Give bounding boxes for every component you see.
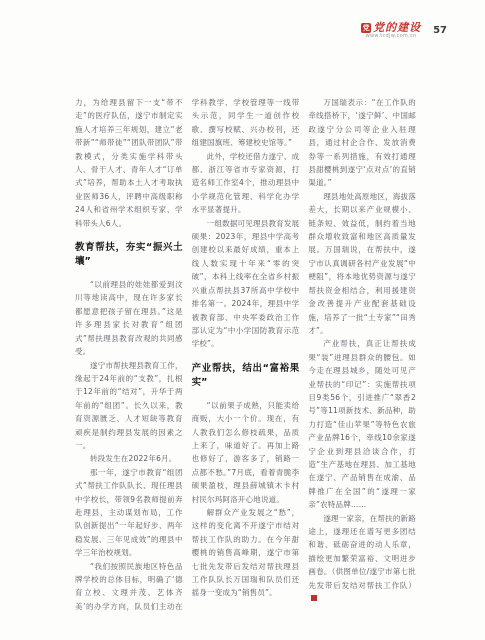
body-paragraph: 万国瑞表示：“在工作队的牵线搭桥下，‘遂宁鲜’、中国邮政遂宁分公司等企业入驻理县… xyxy=(308,96,416,190)
logo-seal-icon: 党 xyxy=(361,23,371,33)
body-paragraph: 此外，学校还借力遂宁、成都、浙江等省市专家资源，打造名师工作室4个，推动理县中小… xyxy=(192,150,300,217)
body-paragraph: 理县地处高原地区，海拔落差大，长期以来产业规模小、链条短、效益低，制约着当地群众… xyxy=(308,190,416,337)
body-paragraph: 一组数据可见理县教育发展硕果：2023年，理县中学高考创建校以来最好成绩，重本上… xyxy=(192,217,300,351)
logo-url: www.tcdjw.com.cn xyxy=(366,34,417,39)
body-paragraph: 产业帮扶，真正让帮扶成果“装”进理县群众的腰包。如今走在理县城乡，随处可见产业帮… xyxy=(308,337,416,511)
end-mark-icon xyxy=(311,595,317,601)
section-heading: 产业帮扶，结出“富裕果实” xyxy=(192,362,300,390)
body-paragraph: “以前理县的娃娃都爱到汶川等地读高中，现在许多家长都愿意把孩子留在理县。”这是许… xyxy=(75,278,183,358)
magazine-page: 党 党的建设 www.tcdjw.com.cn 57 力，为给理县留下一支“带不… xyxy=(0,0,485,640)
body-paragraph: 力，为给理县留下一支“带不走”的医疗队伍，遂宁市制定实施人才培养三年规划，建立“… xyxy=(75,96,183,230)
section-heading: 教育帮扶，夯实“振兴土壤” xyxy=(75,241,183,269)
body-paragraph: 遂理一家亲，在帮扶的新路途上，遂理还在谱写更多团结和谐、砥砺奋进的动人乐章，描绘… xyxy=(308,512,416,606)
page-header: 党 党的建设 www.tcdjw.com.cn 57 xyxy=(361,22,447,39)
body-paragraph: 那一年，遂宁市教育“组团式”帮扶工作队队长、现任理县中学校长，带领9名教师提前奔… xyxy=(75,466,183,560)
page-number: 57 xyxy=(433,25,447,36)
logo-text: 党的建设 xyxy=(373,22,421,33)
article-flow: 力，为给理县留下一支“带不走”的医疗队伍，遂宁市制定实施人才培养三年规划，建立“… xyxy=(75,96,416,623)
body-paragraph: 遂宁市帮扶理县教育工作，缘起于24年前的“支教”，扎根于12年前的“结对”，升华… xyxy=(75,359,183,453)
body-paragraph: 转段发生在2022年6月。 xyxy=(75,452,183,465)
logo: 党 党的建设 www.tcdjw.com.cn xyxy=(361,22,421,39)
body-paragraph: 解群众产业发展之“愁”，这样的变化离不开遂宁市结对帮扶工作队的助力。在今年甜樱桃… xyxy=(192,506,300,600)
body-paragraph: “以前果子成熟，只能卖给商贩，大小一个价。现在，有人教我们怎么修枝疏果，品质上来… xyxy=(192,399,300,506)
